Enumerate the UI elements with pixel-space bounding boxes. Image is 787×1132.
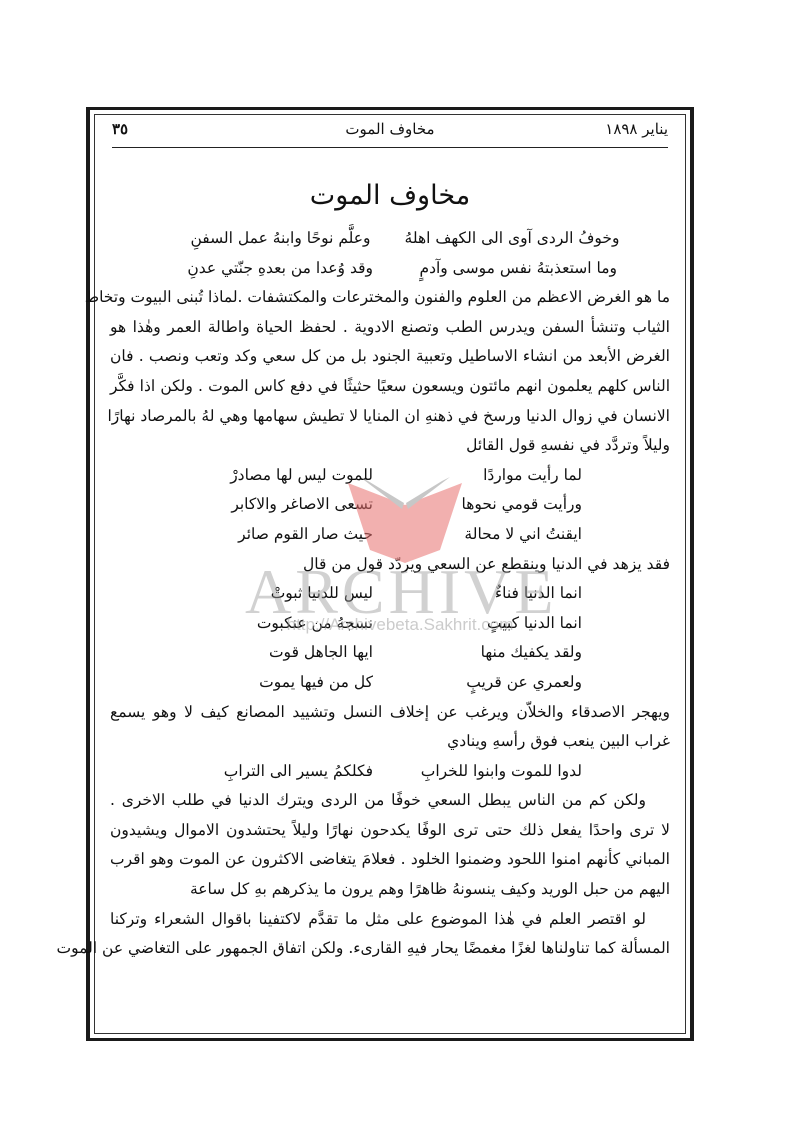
paragraph-line: المباني كأنهم امنوا اللحود وضمنوا الخلود… (110, 845, 670, 875)
verse-line: لدوا للموت وابنوا للخرابِ فكلكمُ يسير ال… (110, 757, 670, 787)
article-title: مخاوف الموت (100, 180, 680, 212)
verse-hemistich: ولعمري عن قريبٍ (407, 668, 582, 698)
paragraph-line: المسألة كما تناولناها لغزًا مغمضًا يحار … (110, 934, 670, 964)
verse-line: ولقد يكفيك منها ايها الجاهل قوت (110, 638, 670, 668)
running-title: مخاوف الموت (112, 120, 668, 138)
page-number: ٣٥ (112, 120, 128, 138)
header-rule (112, 147, 668, 148)
paragraph-line: غراب البين ينعب فوق رأسهِ وينادي (110, 727, 670, 757)
running-head: يناير ١٨٩٨ مخاوف الموت ٣٥ (112, 118, 668, 142)
paragraph-line: ويهجر الاصدقاء والخلاّن ويرغب عن إخلاف ا… (110, 698, 670, 728)
verse-hemistich: وخوفُ الردى آوى الى الكهف اهلهُ (405, 224, 620, 254)
verse-hemistich: ايها الجاهل قوت (198, 638, 373, 668)
verse-line: وما استعذبتهُ نفس موسى وآدمٍ وقد وُعدا م… (110, 254, 670, 284)
verse-hemistich: ولقد يكفيك منها (407, 638, 582, 668)
paragraph-line: الثياب وتنشأ السفن ويدرس الطب وتصنع الاد… (110, 313, 670, 343)
verse-line: ولعمري عن قريبٍ كل من فيها يموت (110, 668, 670, 698)
paragraph-line: الناس كلهم يعلمون انهم مائتون ويسعون سعي… (110, 372, 670, 402)
verse-hemistich: وقد وُعدا من بعدهِ جنّتي عدنِ (163, 254, 373, 284)
paragraph-line: وليلاً وتردَّد في نفسهِ قول القائل (110, 431, 670, 461)
paragraph-line: ما هو الغرض الاعظم من العلوم والفنون وال… (110, 283, 670, 313)
paragraph-line: اليهم من حبل الوريد وكيف ينسونهُ ظاهرًا … (110, 875, 670, 905)
archive-watermark-url: http://Archivebeta.Sakhrit.com (255, 615, 545, 635)
verse-line: وخوفُ الردى آوى الى الكهف اهلهُ وعلَّم ن… (110, 224, 670, 254)
paragraph-line: الانسان في زوال الدنيا ورسخ في ذهنهِ ان … (110, 402, 670, 432)
verse-hemistich: وعلَّم نوحًا وابنهُ عمل السفنِ (161, 224, 371, 254)
paragraph-line: لو اقتصر العلم في هٰذا الموضوع على مثل م… (110, 905, 670, 935)
paragraph-line: الغرض الأبعد من انشاء الاساطيل وتعبية ال… (110, 342, 670, 372)
archive-book-logo-icon (340, 475, 470, 565)
paragraph-line: لا ترى واحدًا يفعل ذلك حتى ترى الوفًا يك… (110, 816, 670, 846)
verse-hemistich: لدوا للموت وابنوا للخرابِ (407, 757, 582, 787)
paragraph-line: ولكن كم من الناس يبطل السعي خوفًا من الر… (110, 786, 670, 816)
verse-hemistich: كل من فيها يموت (198, 668, 373, 698)
verse-hemistich: فكلكمُ يسير الى الترابِ (198, 757, 373, 787)
verse-hemistich: وما استعذبتهُ نفس موسى وآدمٍ (407, 254, 617, 284)
